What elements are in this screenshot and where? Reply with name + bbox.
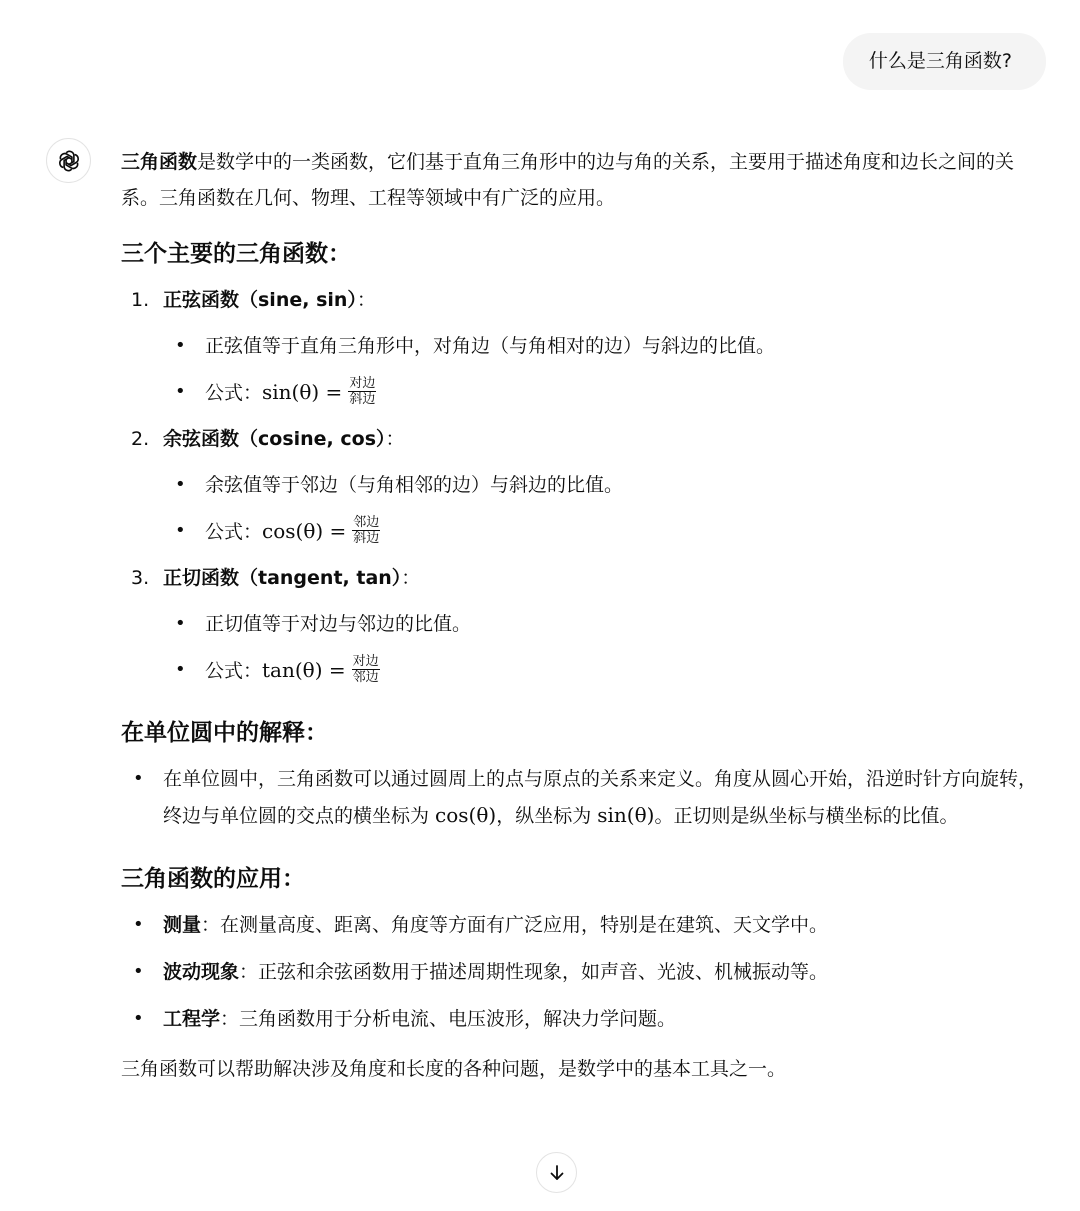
fraction-denominator: 邻边 (352, 670, 380, 685)
formula-lhs: cos(θ) = (262, 519, 346, 543)
formula-lhs: sin(θ) = (262, 380, 342, 404)
unit-circle-list: 在单位圆中，三角函数可以通过圆周上的点与原点的关系来定义。角度从圆心开始，沿逆时… (121, 761, 1041, 834)
cosine-details: 余弦值等于邻边（与角相邻的边）与斜边的比值。 公式：cos(θ) =邻边斜边 (163, 467, 1041, 550)
application-term: 波动现象 (163, 961, 239, 983)
intro-text: 是数学中的一类函数，它们基于直角三角形中的边与角的关系，主要用于描述角度和边长之… (121, 151, 1014, 209)
fraction-denominator: 斜边 (352, 531, 380, 546)
function-item-cosine: 2. 余弦函数（cosine, cos）： 余弦值等于邻边（与角相邻的边）与斜边… (121, 421, 1041, 550)
application-item: 工程学：三角函数用于分析电流、电压波形，解决力学问题。 (121, 1001, 1041, 1037)
formula: 公式：sin(θ) =对边斜边 (163, 374, 1041, 411)
function-item-sine: 1. 正弦函数（sine, sin）： 正弦值等于直角三角形中，对角边（与角相对… (121, 282, 1041, 411)
item-number: 1. (131, 282, 149, 318)
text: 。正切则是纵坐标与横坐标的比值。 (654, 805, 958, 827)
openai-logo-icon (46, 138, 91, 183)
arrow-down-icon (547, 1163, 567, 1183)
math-cos: cos(θ) (435, 803, 496, 827)
formula: 公式：tan(θ) =对边邻边 (163, 652, 1041, 689)
formula-fraction: 对边斜边 (348, 376, 376, 407)
item-title: 正弦函数（sine, sin） (163, 289, 357, 311)
formula: 公式：cos(θ) =邻边斜边 (163, 513, 1041, 550)
formula-fraction: 邻边斜边 (352, 515, 380, 546)
formula-lhs: tan(θ) = (262, 658, 346, 682)
item-number: 3. (131, 560, 149, 596)
user-message-row: 什么是三角函数? (843, 33, 1046, 90)
item-title: 余弦函数（cosine, cos） (163, 428, 386, 450)
item-number: 2. (131, 421, 149, 457)
scroll-to-bottom-button[interactable] (536, 1152, 577, 1193)
function-item-tangent: 3. 正切函数（tangent, tan）： 正切值等于对边与邻边的比值。 公式… (121, 560, 1041, 689)
sine-details: 正弦值等于直角三角形中，对角边（与角相对的边）与斜边的比值。 公式：sin(θ)… (163, 328, 1041, 411)
item-title: 正切函数（tangent, tan） (163, 567, 401, 589)
formula-label: 公式： (205, 521, 262, 543)
application-text: ：正弦和余弦函数用于描述周期性现象，如声音、光波、机械振动等。 (239, 961, 828, 983)
assistant-content: 三角函数是数学中的一类函数，它们基于直角三角形中的边与角的关系，主要用于描述角度… (121, 144, 1041, 1087)
application-term: 工程学 (163, 1008, 220, 1030)
fraction-numerator: 对边 (352, 654, 380, 670)
fraction-numerator: 邻边 (352, 515, 380, 531)
description: 正切值等于对边与邻边的比值。 (163, 606, 1041, 642)
formula-label: 公式： (205, 660, 262, 682)
application-text: ：三角函数用于分析电流、电压波形，解决力学问题。 (220, 1008, 676, 1030)
formula-fraction: 对边邻边 (352, 654, 380, 685)
applications-list: 测量：在测量高度、距离、角度等方面有广泛应用，特别是在建筑、天文学中。 波动现象… (121, 907, 1041, 1037)
tangent-details: 正切值等于对边与邻边的比值。 公式：tan(θ) =对边邻边 (163, 606, 1041, 689)
item-suffix: ： (386, 428, 405, 450)
section-heading-main-functions: 三个主要的三角函数： (121, 238, 1041, 270)
application-text: ：在测量高度、距离、角度等方面有广泛应用，特别是在建筑、天文学中。 (201, 914, 828, 936)
item-suffix: ： (401, 567, 420, 589)
math-sin: sin(θ) (597, 803, 654, 827)
section-heading-unit-circle: 在单位圆中的解释： (121, 717, 1041, 749)
fraction-numerator: 对边 (348, 376, 376, 392)
text: ，纵坐标为 (496, 805, 597, 827)
description: 正弦值等于直角三角形中，对角边（与角相对的边）与斜边的比值。 (163, 328, 1041, 364)
formula-label: 公式： (205, 382, 262, 404)
user-message-bubble: 什么是三角函数? (843, 33, 1046, 90)
intro-paragraph: 三角函数是数学中的一类函数，它们基于直角三角形中的边与角的关系，主要用于描述角度… (121, 144, 1041, 216)
item-suffix: ： (357, 289, 376, 311)
description: 余弦值等于邻边（与角相邻的边）与斜边的比值。 (163, 467, 1041, 503)
application-term: 测量 (163, 914, 201, 936)
intro-bold-term: 三角函数 (121, 151, 197, 173)
unit-circle-explanation: 在单位圆中，三角函数可以通过圆周上的点与原点的关系来定义。角度从圆心开始，沿逆时… (121, 761, 1041, 834)
application-item: 测量：在测量高度、距离、角度等方面有广泛应用，特别是在建筑、天文学中。 (121, 907, 1041, 943)
fraction-denominator: 斜边 (348, 392, 376, 407)
conclusion-paragraph: 三角函数可以帮助解决涉及角度和长度的各种问题，是数学中的基本工具之一。 (121, 1051, 1041, 1087)
application-item: 波动现象：正弦和余弦函数用于描述周期性现象，如声音、光波、机械振动等。 (121, 954, 1041, 990)
main-functions-list: 1. 正弦函数（sine, sin）： 正弦值等于直角三角形中，对角边（与角相对… (121, 282, 1041, 689)
section-heading-applications: 三角函数的应用： (121, 863, 1041, 895)
